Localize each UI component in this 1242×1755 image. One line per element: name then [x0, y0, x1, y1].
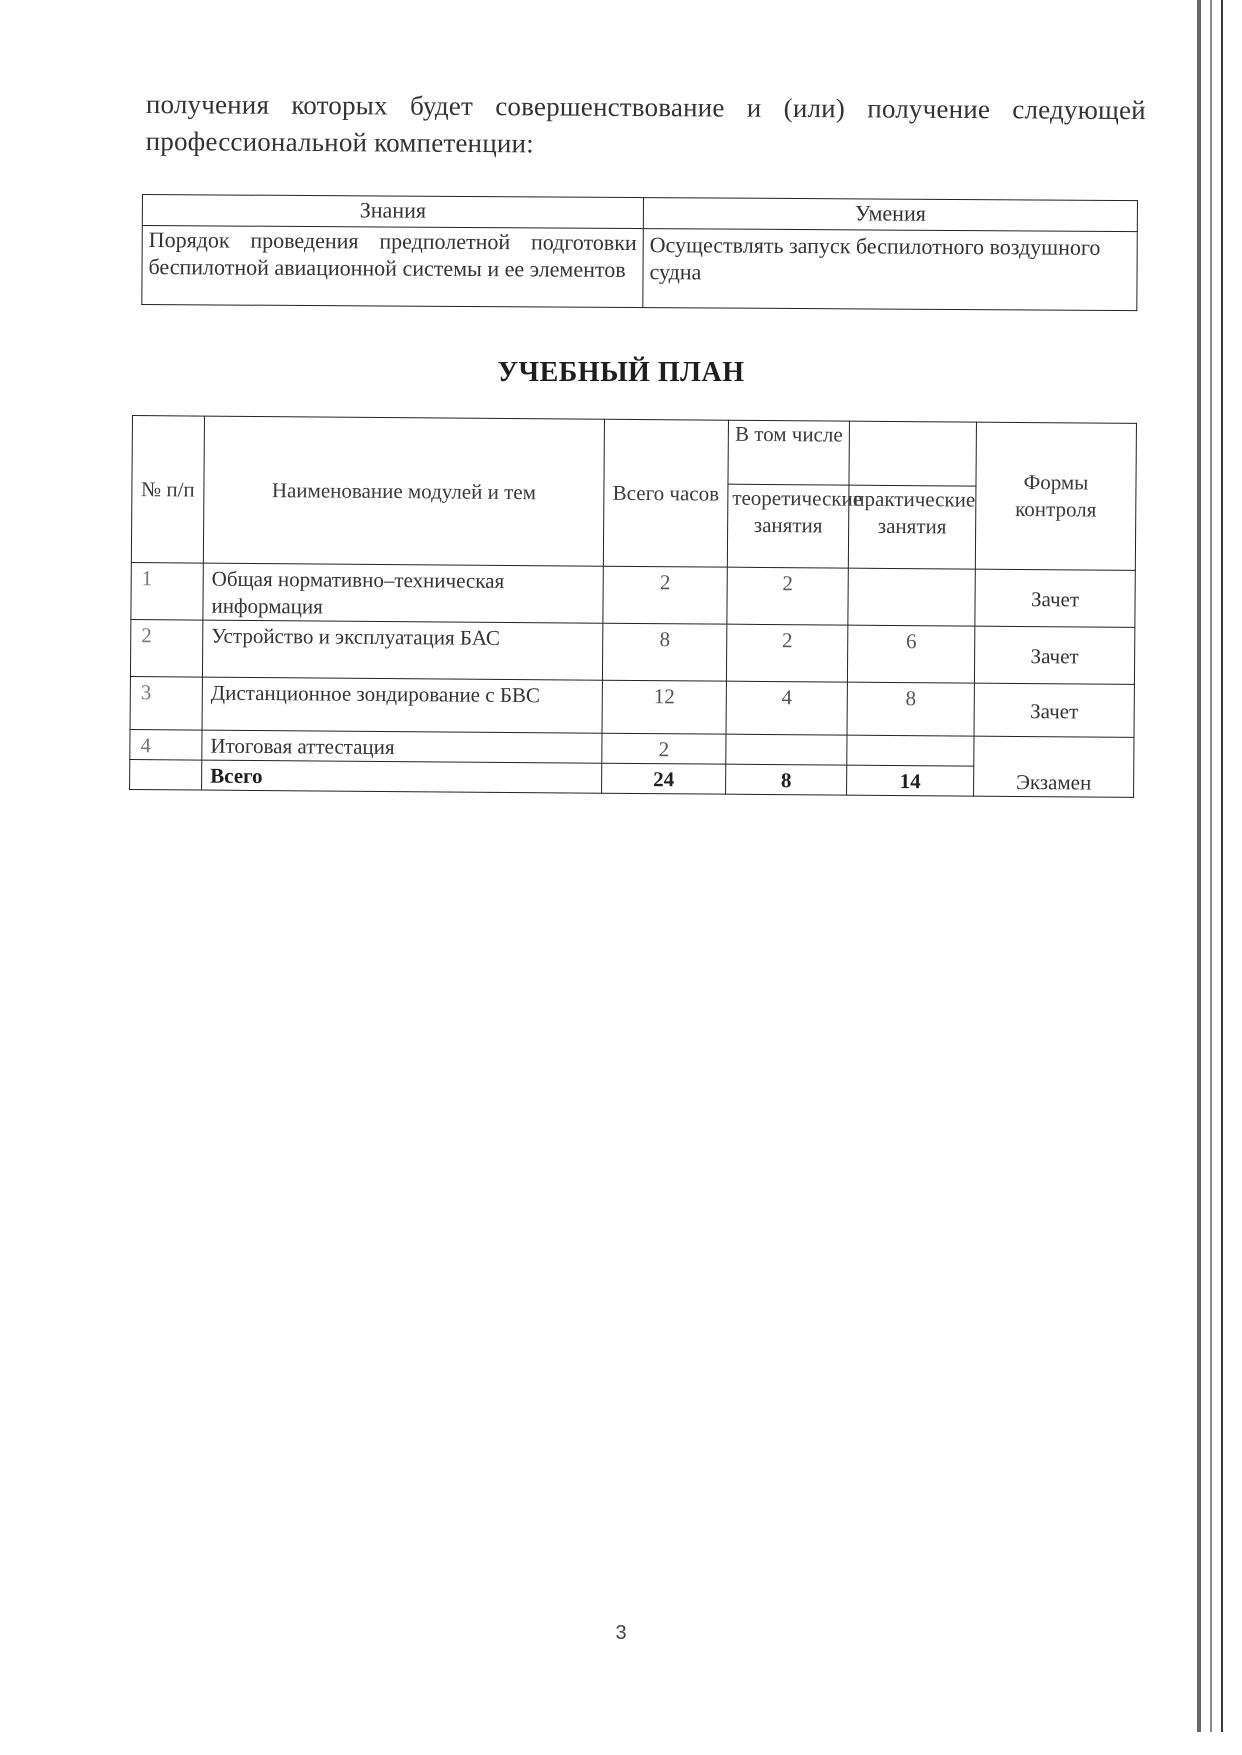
intro-paragraph: получения которых будет совершенствовани…	[146, 86, 1146, 166]
row-practice: 6	[847, 625, 974, 683]
row-num: 1	[131, 562, 203, 620]
row-practice	[848, 568, 975, 626]
header-practice: практические занятия	[848, 485, 976, 569]
section-title: УЧЕБНЫЙ ПЛАН	[0, 357, 1242, 389]
total-label: Всего	[202, 760, 602, 793]
intro-line-1: получения которых будет совершенствовани…	[146, 86, 1146, 129]
header-including: В том числе	[728, 420, 849, 485]
row-control: Зачет	[975, 569, 1135, 627]
row-total: 2	[603, 566, 727, 624]
header-control: Формы контроля	[975, 422, 1136, 570]
table-row: 3 Дистанционное зондирование с БВС 12 4 …	[130, 676, 1134, 737]
row-name: Устройство и эксплуатация БАС	[202, 620, 602, 680]
total-practice: 14	[847, 765, 974, 796]
row-control: Зачет	[974, 683, 1134, 737]
row-total: 8	[602, 623, 726, 681]
header-theory: теоретические занятия	[727, 484, 849, 568]
row-theory: 2	[726, 624, 847, 682]
row-name: Дистанционное зондирование с БВС	[202, 677, 602, 733]
skills-cell: Осуществлять запуск беспилотного воздушн…	[643, 229, 1137, 311]
binding-edge-line	[1197, 0, 1201, 1732]
row-num: 4	[130, 729, 202, 760]
row-practice	[847, 735, 974, 766]
row-theory: 4	[726, 681, 847, 735]
header-total: Всего часов	[603, 419, 728, 567]
header-num: № п/п	[131, 416, 204, 564]
document-page: получения которых будет совершенствовани…	[0, 0, 1242, 1755]
row-control: Зачет	[974, 626, 1134, 684]
total-num	[130, 759, 202, 790]
table-row: 1 Общая нормативно–техническая информаци…	[131, 562, 1135, 627]
page-number: 3	[0, 1622, 1242, 1645]
binding-edge-line	[1210, 0, 1212, 1732]
row-total: 12	[602, 680, 726, 734]
row-name: Итоговая аттестация	[202, 730, 602, 763]
header-name: Наименование модулей и тем	[203, 416, 604, 566]
row-theory: 2	[727, 567, 848, 625]
binding-edge-line	[1221, 0, 1223, 1732]
row-theory	[726, 734, 847, 765]
table-row: 2 Устройство и эксплуатация БАС 8 2 6 За…	[130, 619, 1134, 684]
row-total: 2	[602, 733, 726, 764]
total-hours: 24	[602, 763, 726, 794]
intro-line-2: профессиональной компетенции:	[146, 123, 1146, 166]
study-plan-table: № п/п Наименование модулей и тем Всего ч…	[129, 415, 1137, 798]
competency-table: Знания Умения Порядок проведения предпол…	[141, 194, 1138, 311]
skills-header: Умения	[643, 198, 1137, 232]
knowledge-header: Знания	[142, 195, 643, 229]
row-name: Общая нормативно–техническая информация	[203, 563, 603, 623]
row-practice: 8	[847, 682, 974, 736]
row-control: Экзамен	[974, 736, 1134, 797]
row-num: 3	[130, 676, 202, 730]
total-theory: 8	[726, 764, 847, 795]
header-empty	[849, 421, 976, 486]
row-num: 2	[130, 619, 202, 677]
knowledge-cell: Порядок проведения предполетной подготов…	[142, 226, 643, 308]
